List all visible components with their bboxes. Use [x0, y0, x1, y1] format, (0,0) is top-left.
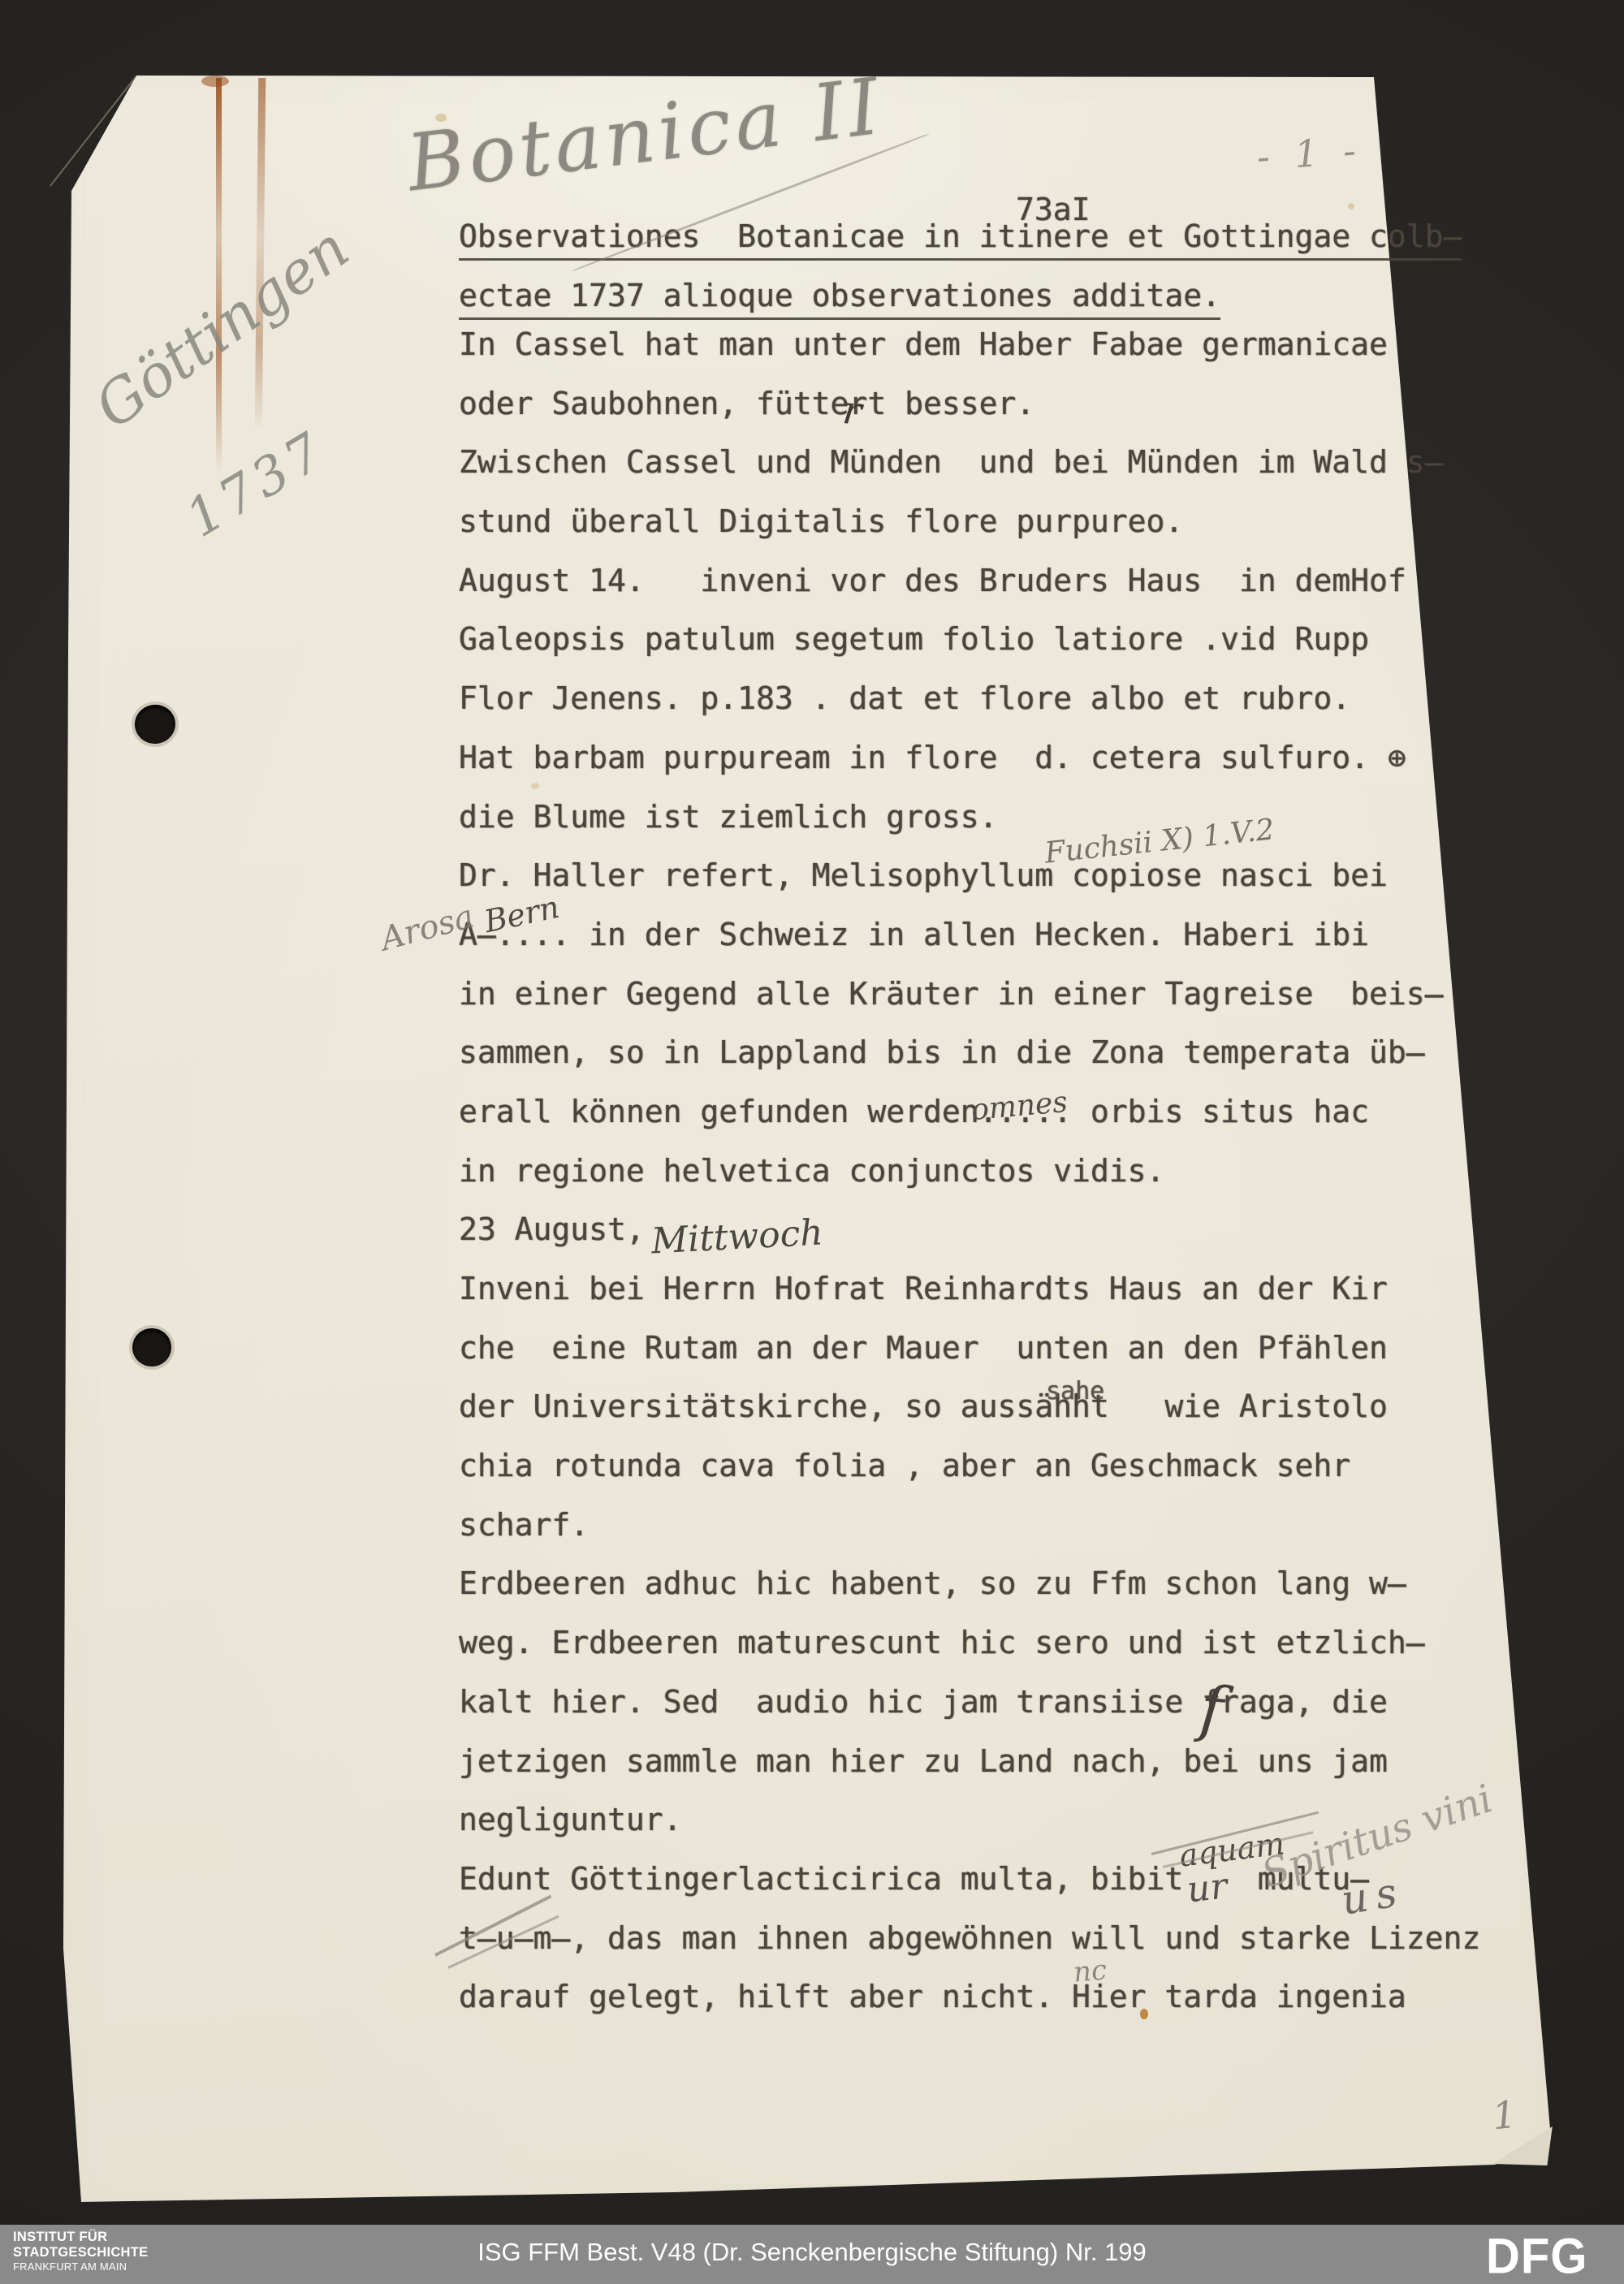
typed-line: sammen, so in Lappland bis in die Zona t…: [459, 1034, 1480, 1094]
typed-line: August 14. inveni vor des Bruders Haus i…: [459, 563, 1480, 622]
typed-line: jetzigen sammle man hier zu Land nach, b…: [459, 1743, 1480, 1803]
typed-line: erall können gefunden werden..... orbis …: [459, 1094, 1480, 1153]
typed-insert-sahe: sahe: [1046, 1377, 1104, 1405]
typed-line: In Cassel hat man unter dem Haber Fabae …: [459, 326, 1480, 386]
typed-line: chia rotunda cava folia , aber an Geschm…: [459, 1448, 1480, 1507]
typed-line: darauf gelegt, hilft aber nicht. Hier ta…: [459, 1979, 1480, 2038]
pencil-suffix-us: us: [1338, 1867, 1408, 1923]
typed-line: A̶.... in der Schweiz in allen Hecken. H…: [459, 917, 1480, 976]
typed-line: in einer Gegend alle Kräuter in einer Ta…: [459, 976, 1480, 1035]
typed-text-body: In Cassel hat man unter dem Haber Fabae …: [459, 326, 1480, 2038]
pencil-page-number: - 1 -: [1255, 128, 1363, 179]
punch-hole: [132, 1328, 171, 1367]
typed-line: Erdbeeren adhuc hic habent, so zu Ffm sc…: [459, 1565, 1480, 1625]
typed-line: der Universitätskirche, so aussähht wie …: [459, 1388, 1480, 1448]
typed-line: Zwischen Cassel und Münden und bei Münde…: [459, 444, 1480, 503]
document-title-line-2: ectae 1737 alioque observationes additae…: [459, 278, 1220, 320]
typed-line: stund überall Digitalis flore purpureo.: [459, 503, 1480, 563]
paper-stain: [1348, 203, 1354, 209]
dfg-logo: DFG: [1486, 2228, 1587, 2284]
ink-suffix-ur: ur: [1185, 1866, 1229, 1911]
typed-line: in regione helvetica conjunctos vidis.: [459, 1153, 1480, 1212]
rust-stain: [216, 78, 222, 472]
typed-line: scharf.: [459, 1507, 1480, 1566]
pencil-insert-nc: nc: [1072, 1954, 1108, 1988]
pencil-folio-number: 1: [1490, 2092, 1518, 2139]
typed-line: kalt hier. Sed audio hic jam transiise f…: [459, 1684, 1480, 1743]
typed-line: Hat barbam purpuream in flore d. cetera …: [459, 740, 1480, 799]
typed-line: oder Saubohnen, füttert besser.: [459, 386, 1480, 445]
typed-line: Inveni bei Herrn Hofrat Reinhardts Haus …: [459, 1271, 1480, 1330]
archive-citation: ISG FFM Best. V48 (Dr. Senckenbergische …: [0, 2238, 1624, 2267]
typed-line: 23 August,: [459, 1211, 1480, 1271]
document-title-line-1: Observationes Botanicae in itinere et Go…: [459, 218, 1462, 261]
rust-stain: [201, 76, 229, 87]
typed-line: die Blume ist ziemlich gross.: [459, 799, 1480, 858]
typed-line: Dr. Haller refert, Melisophyllum copiose…: [459, 857, 1480, 917]
typed-line: t̶u̶m̶, das man ihnen abgewöhnen will un…: [459, 1920, 1480, 1980]
typed-line: Flor Jenens. p.183 . dat et flore albo e…: [459, 680, 1480, 740]
typed-line: weg. Erdbeeren maturescunt hic sero und …: [459, 1625, 1480, 1684]
typed-line: che eine Rutam an der Mauer unten an den…: [459, 1330, 1480, 1389]
typed-line: Galeopsis patulum segetum folio latiore …: [459, 621, 1480, 680]
